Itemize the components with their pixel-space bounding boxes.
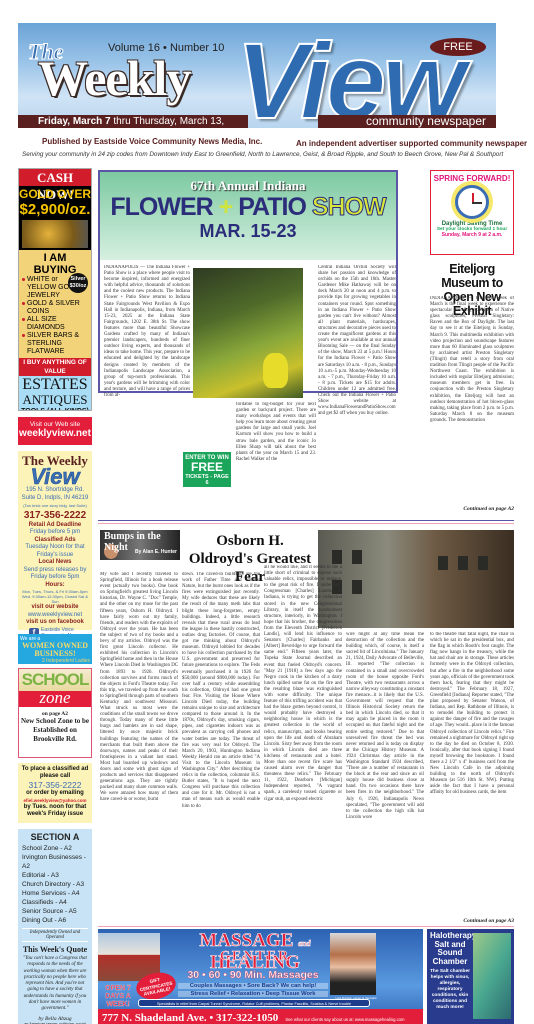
oldroyd-col-2: down. The caved-in buildings are the wor…: [182, 572, 260, 924]
yellow-sculpture: [263, 353, 288, 388]
oldroyd-col-5: to the theatre that fatal night, the cha…: [430, 632, 514, 916]
free-badge: FREE: [430, 38, 486, 56]
estates-label: ESTATES: [19, 377, 91, 393]
window: [438, 556, 448, 570]
school-headline: New School Zone to be Established on Bro…: [19, 717, 91, 744]
flower-kicker: 67th Annual Indiana: [100, 178, 396, 194]
buying-list: I AM BUYING WHITE or YELLOW GOLD JEWELRY…: [19, 250, 91, 358]
title-plus: +: [219, 193, 233, 221]
retail-deadline-label: Retail Ad Deadline: [18, 522, 92, 530]
window: [458, 556, 468, 570]
facebook-label: visit us on facebook: [18, 619, 92, 627]
massage-services-1: Couples Massages • Sore Back? We can hel…: [178, 983, 328, 989]
therapist-caption: Lisa Dunbar, owner & therapist: [326, 996, 386, 1000]
oldroyd-col-4: wire might at any time mean the destruct…: [346, 632, 424, 924]
massage-durations: 30 • 60 • 90 Min. Massages: [178, 969, 328, 981]
tools-label: TOOLS (ALL KINDS): [19, 407, 91, 411]
oldroyd-col-1: My wife and I recently traveled to Sprin…: [100, 572, 178, 924]
tagline: An independent advertiser supported comm…: [296, 139, 527, 148]
section-item[interactable]: Irvington Businesses - A2: [22, 853, 88, 871]
classified-value: Tuesday Noon for that Friday's issue: [18, 544, 92, 559]
coverage-area: Serving your community in 24 zip codes f…: [22, 151, 502, 158]
address-note: (Tan brick one story bldg. last Suite): [18, 502, 92, 510]
massage-address-bar: 777 N. Shadeland Ave. • 317-322-1050 See…: [98, 1009, 423, 1024]
garden-photo: [193, 268, 303, 398]
buying-item: SILVER BARS & STERLING FLATWARE: [22, 332, 88, 356]
open-seven-days: OPEN 7 DAYS A WEEK!: [98, 985, 138, 1009]
column-header-bumps: Bumps in the Night By Alan E. Hunter: [100, 530, 180, 560]
massage-address[interactable]: 777 N. Shadeland Ave. • 317-322-1050: [102, 1012, 278, 1024]
local-news-value: Send press releases by Friday before 5pm: [18, 567, 92, 582]
address-line-2: Suite D, Indpls, IN 46219: [18, 495, 92, 503]
masthead-banner: The Volume 16 • Number 10 Weekly View FR…: [18, 23, 496, 128]
salt-chamber-photo: [473, 933, 511, 1019]
address-line-1: 195 N. Shortridge Rd.: [18, 487, 92, 495]
classified-line-1: To place a classified ad please call: [18, 766, 92, 780]
flower-article-col-1: INDIANAPOLIS — The Indiana Flower + Pati…: [104, 265, 190, 450]
issue-date-start: Friday, March 7: [38, 116, 111, 127]
window: [478, 556, 488, 570]
website-promo-label: Visit our Web site: [18, 417, 92, 428]
column-byline: By Alan E. Hunter: [135, 549, 177, 555]
section-item[interactable]: Dining Out - A6: [22, 916, 88, 925]
website-promo[interactable]: Visit our Web site weeklyview.net: [18, 417, 92, 445]
issue-date: Friday, March 7 thru Thursday, March 13,…: [18, 115, 248, 128]
divider-pink-bottom: [98, 926, 514, 927]
title-show: SHOW: [312, 193, 386, 221]
classified-label: Classified Ads: [18, 537, 92, 545]
hours-value: Mon, Tues, Thurs, & Fri 9:30am-5pm Wed. …: [18, 589, 92, 604]
office-phone[interactable]: 317-356-2222: [18, 510, 92, 522]
massage-website[interactable]: See what our clients say about us at: ww…: [285, 1017, 404, 1022]
section-item[interactable]: Home Services - A4: [22, 889, 88, 898]
gold-ad-over: GOLD OVER: [19, 186, 91, 201]
antiques-label: ANTIQUES: [19, 393, 91, 407]
dst-date: Sunday, March 9 at 2 a.m.: [431, 232, 513, 238]
massage-title-and: and: [298, 939, 310, 948]
therapist-photo: [330, 933, 376, 995]
window: [352, 580, 362, 594]
halotherapy-title: Halotherapy Salt and Sound Chamber: [430, 932, 470, 966]
section-item[interactable]: Editorial - A3: [22, 871, 88, 880]
oldroyd-col-3: all he would like, and it seems to me a …: [264, 565, 342, 924]
window: [352, 550, 362, 564]
gold-price: $2,900/oz.: [19, 201, 91, 218]
estates-block: ESTATES ANTIQUES TOOLS (ALL KINDS): [19, 376, 91, 411]
divider-pink: [98, 523, 514, 524]
title-flower: FLOWER: [110, 193, 212, 221]
section-item[interactable]: School Zone - A2: [22, 844, 88, 853]
publisher-line: Published by Eastside Voice Community Ne…: [42, 137, 262, 146]
enter-line-2: FREE: [183, 461, 231, 474]
halotherapy-body: The Salt chamber helps with sinus, aller…: [430, 969, 470, 1011]
website-link[interactable]: weeklyview.net: [18, 428, 92, 439]
section-index: SECTION A School Zone - A2 Irvington Bus…: [18, 829, 92, 1024]
small-logo-view: View: [18, 467, 92, 487]
gold-buyer-ad[interactable]: CASH NOW! GOLD OVER $2,900/oz. I AM BUYI…: [18, 168, 92, 411]
section-item[interactable]: Senior Source - A5: [22, 907, 88, 916]
eiteljorg-body: INDIANAPOLIS — The first week of March i…: [430, 296, 514, 504]
quote-text: "You can't have a Congress that responds…: [22, 956, 88, 1013]
retail-deadline-value: Friday before 5 pm: [18, 529, 92, 537]
classified-ad-info: To place a classified ad please call 317…: [18, 763, 92, 823]
flower-show-banner: 67th Annual Indiana FLOWER + PATIO SHOW …: [100, 172, 396, 260]
contact-info-box: The Weekly View 195 N. Shortridge Rd. Su…: [18, 451, 92, 630]
classified-email[interactable]: efiel.weeklyview@yahoo.com: [18, 797, 92, 804]
zone-logo-text: zone: [19, 691, 91, 707]
buying-item: GOLD & SILVER COINS: [22, 300, 88, 316]
classified-phone[interactable]: 317-356-2222: [18, 780, 92, 790]
masthead-subtitle: community newspaper: [318, 115, 496, 128]
section-item[interactable]: Classifieds - A4: [22, 898, 88, 907]
massage-healing-ad[interactable]: MASSAGE and HEALING CENTER GIFT CERTIFIC…: [98, 929, 423, 1024]
massage-services-2: Stress Relief • Relaxation • Deep Tissue…: [178, 991, 328, 997]
silver-price-badge: Silver $30/oz: [68, 273, 88, 293]
flower-title: FLOWER + PATIO SHOW: [100, 194, 396, 221]
spring-forward-box: SPRING FORWARD! Daylight Saving Time Set…: [430, 170, 514, 255]
section-item[interactable]: Church Directory - A3: [22, 880, 88, 889]
quote-heading: This Week's Quote: [22, 945, 88, 954]
hours-label: Hours:: [18, 582, 92, 590]
enter-to-win-badge[interactable]: ENTER TO WIN FREE TICKETS - PAGE 6: [183, 452, 231, 487]
flower-article-col-2: fordable to big-budget for your next gar…: [236, 402, 316, 488]
section-heading: SECTION A: [22, 832, 88, 842]
enter-line-3: TICKETS - PAGE 6: [183, 474, 231, 486]
women-line-3: 3 Independent Ladies: [20, 658, 90, 664]
women-owned-badge: We are a WOMEN OWNED BUSINESS! 3 Indepen…: [18, 634, 92, 664]
classified-line-3: by Tues. noon for that week's Friday iss…: [18, 804, 92, 818]
masthead-weekly: Weekly: [38, 49, 190, 107]
classified-line-2: or order by emailing: [18, 790, 92, 797]
visit-website-url[interactable]: www.weeklyview.net: [18, 612, 92, 620]
women-line-2: WOMEN OWNED BUSINESS!: [20, 642, 90, 658]
gold-jewelry-image: [22, 220, 88, 248]
continued-a3[interactable]: Continued on page A3: [430, 918, 514, 924]
alarm-clock-icon: [455, 185, 489, 219]
gold-ad-headline: CASH NOW!: [19, 169, 91, 186]
title-patio: PATIO: [238, 193, 306, 221]
buy-anything-banner: I BUY ANYTHING OF VALUE: [19, 358, 91, 376]
flower-dates: MAR. 15-23: [100, 221, 396, 242]
massage-center: CENTER: [160, 949, 350, 964]
halotherapy-ad[interactable]: Halotherapy Salt and Sound Chamber The S…: [427, 929, 514, 1024]
specialists-line: Specialists in relief from Carpal Tunnel…: [138, 999, 370, 1007]
spring-forward-title: SPRING FORWARD!: [431, 174, 513, 183]
school-zone-promo[interactable]: SCHOOL zone on page A2 New School Zone t…: [18, 668, 92, 758]
buying-item: ALL SIZE DIAMONDS: [22, 316, 88, 332]
local-news-label: Local News: [18, 559, 92, 567]
continued-a2[interactable]: Continued on page A2: [430, 506, 514, 512]
independent-note: Independently Owned and Operated: [22, 928, 88, 942]
divider-blue: [98, 520, 514, 521]
museum-building-photo: [318, 530, 514, 628]
visit-website-label: visit our website: [18, 604, 92, 612]
flower-article-col-3: Central Indiana Orchid Society will shar…: [318, 265, 396, 487]
window: [332, 550, 342, 564]
massage-title-1: MASSAGE: [199, 930, 293, 951]
